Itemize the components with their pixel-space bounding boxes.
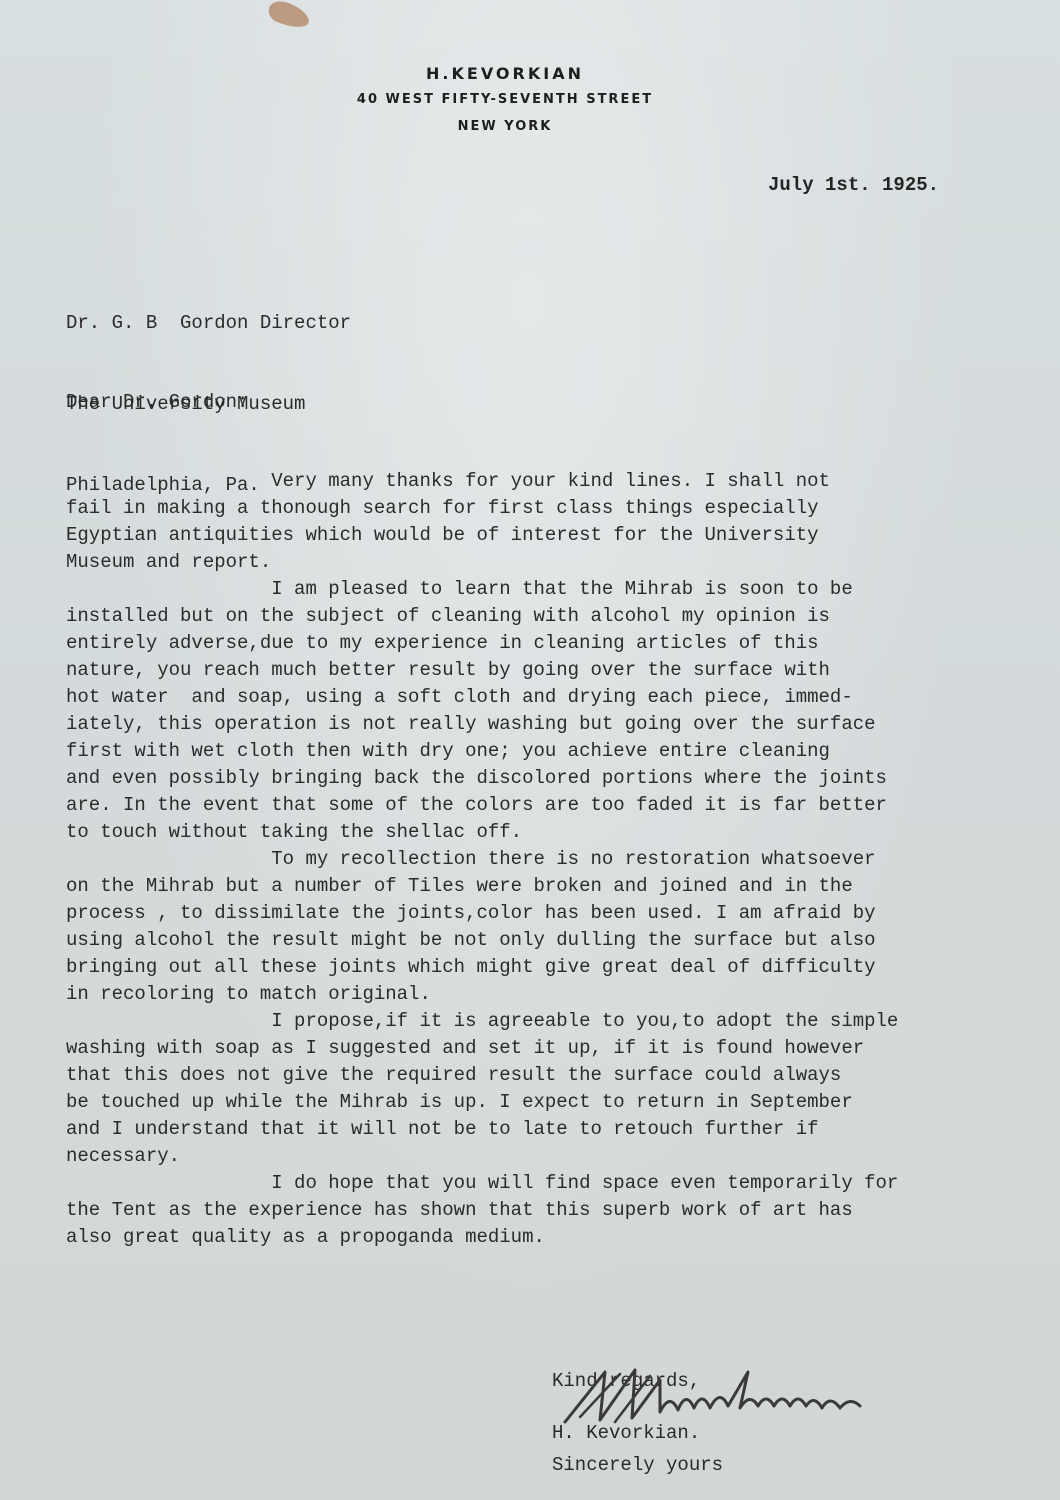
- body-line: the Tent as the experience has shown tha…: [66, 1197, 898, 1224]
- body-line: using alcohol the result might be not on…: [66, 927, 898, 954]
- letterhead-street: 40 WEST FIFTY-SEVENTH STREET: [0, 86, 1010, 113]
- body-line: washing with soap as I suggested and set…: [66, 1035, 898, 1062]
- body-line: in recoloring to match original.: [66, 981, 898, 1008]
- body-line: installed but on the subject of cleaning…: [66, 603, 898, 630]
- body-line: I do hope that you will find space even …: [66, 1170, 898, 1197]
- body-line: process , to dissimilate the joints,colo…: [66, 900, 898, 927]
- body-line: To my recollection there is no restorati…: [66, 846, 898, 873]
- body-line: on the Mihrab but a number of Tiles were…: [66, 873, 898, 900]
- letterhead-name: H.KEVORKIAN: [0, 62, 1010, 86]
- body-line: I propose,if it is agreeable to you,to a…: [66, 1008, 898, 1035]
- letterhead-city: NEW YORK: [0, 113, 1010, 140]
- body-line: be touched up while the Mihrab is up. I …: [66, 1089, 898, 1116]
- body-line: are. In the event that some of the color…: [66, 792, 898, 819]
- letter-body: Very many thanks for your kind lines. I …: [66, 468, 898, 1251]
- recipient-line: Dr. G. B Gordon Director: [66, 310, 351, 337]
- body-line: iately, this operation is not really was…: [66, 711, 898, 738]
- body-line: fail in making a thonough search for fir…: [66, 495, 898, 522]
- body-line: necessary.: [66, 1143, 898, 1170]
- body-line: also great quality as a propoganda mediu…: [66, 1224, 898, 1251]
- salutation: Dear Dr. Gordon:: [66, 389, 248, 416]
- body-line: Museum and report.: [66, 549, 898, 576]
- body-line: and even possibly bringing back the disc…: [66, 765, 898, 792]
- body-line: that this does not give the required res…: [66, 1062, 898, 1089]
- body-line: entirely adverse,due to my experience in…: [66, 630, 898, 657]
- letter-date: July 1st. 1925.: [768, 174, 939, 196]
- body-line: Very many thanks for your kind lines. I …: [66, 468, 898, 495]
- body-line: and I understand that it will not be to …: [66, 1116, 898, 1143]
- body-line: Egyptian antiquities which would be of i…: [66, 522, 898, 549]
- letterhead: H.KEVORKIAN 40 WEST FIFTY-SEVENTH STREET…: [0, 62, 1010, 140]
- body-line: first with wet cloth then with dry one; …: [66, 738, 898, 765]
- body-line: nature, you reach much better result by …: [66, 657, 898, 684]
- typed-signature-name: H. Kevorkian.: [552, 1422, 700, 1444]
- body-line: to touch without taking the shellac off.: [66, 819, 898, 846]
- closing-line: Sincerely yours: [552, 1451, 723, 1479]
- body-line: bringing out all these joints which migh…: [66, 954, 898, 981]
- body-line: hot water and soap, using a soft cloth a…: [66, 684, 898, 711]
- body-line: I am pleased to learn that the Mihrab is…: [66, 576, 898, 603]
